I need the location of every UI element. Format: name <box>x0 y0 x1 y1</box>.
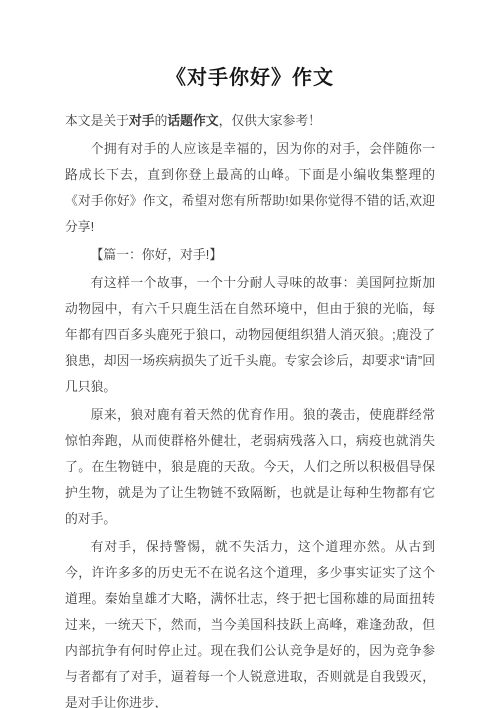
document-page: 《对手你好》作文 本文是关于对手的话题作文，仅供大家参考！ 个拥有对手的人应该是… <box>0 0 500 708</box>
document-title: 《对手你好》作文 <box>65 63 435 93</box>
section-heading: 【篇一：你好，对手!】 <box>65 242 435 268</box>
intro-bold-type: 话题作文 <box>167 113 218 128</box>
intro-paragraph: 本文是关于对手的话题作文，仅供大家参考！ <box>65 108 435 134</box>
argument-paragraph: 有对手，保持警惕，就不失活力，这个道理亦然。从古到今，许许多多的历史无不在说名这… <box>65 534 435 708</box>
intro-text-before: 本文是关于 <box>65 113 129 128</box>
explanation-paragraph: 原来，狼对鹿有着天然的优育作用。狼的袭击，使鹿群经常惊怕奔跑，从而使群格外健壮，… <box>65 402 435 532</box>
story-paragraph: 有这样一个故事，一个十分耐人寻味的故事：美国阿拉斯加动物园中，有六千只鹿生活在自… <box>65 270 435 400</box>
intro-text-after: ，仅供大家参考！ <box>219 113 321 128</box>
intro-text-mid: 的 <box>155 113 168 128</box>
lead-paragraph: 个拥有对手的人应该是幸福的，因为你的对手，会伴随你一路成长下去，直到你登上最高的… <box>65 136 435 240</box>
intro-bold-topic: 对手 <box>129 113 155 128</box>
